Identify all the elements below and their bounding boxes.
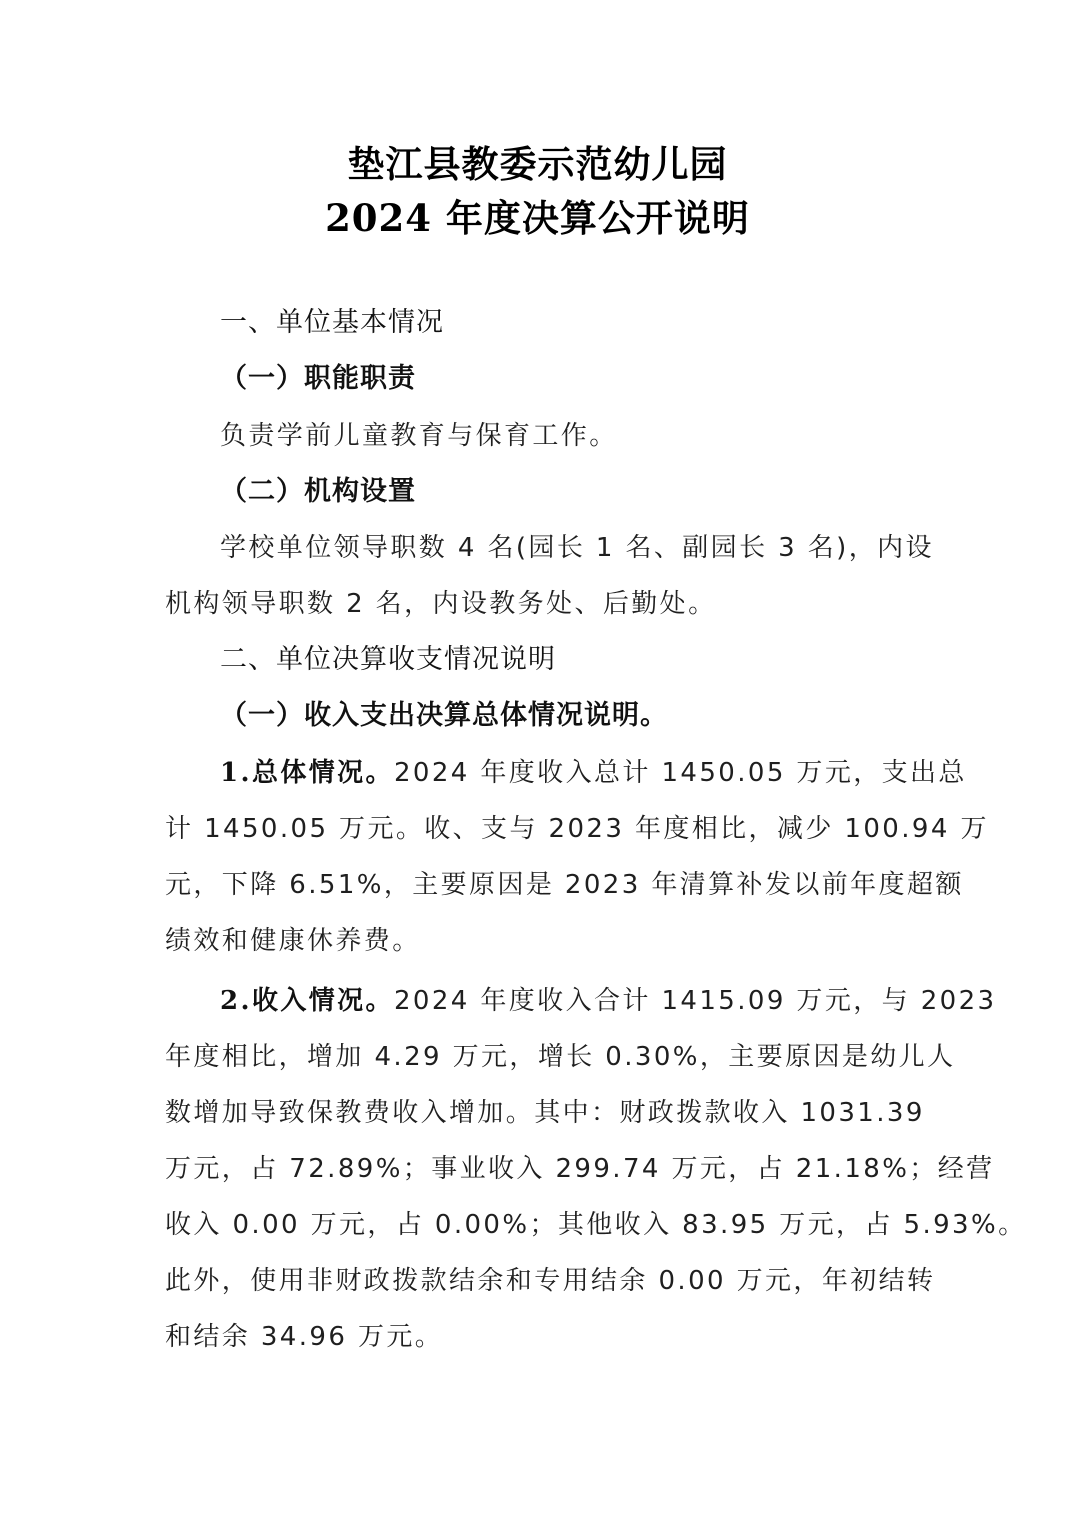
duties-text: 负责学前儿童教育与保育工作。 [220,419,970,453]
organization-text-line-1: 学校单位领导职数 4 名(园长 1 名、副园长 3 名)，内设 [220,531,970,565]
income-paragraph-line-5: 收入 0.00 万元，占 0.00%；其他收入 83.95 万元，占 5.93%… [165,1208,915,1242]
income-paragraph-line-7: 和结余 34.96 万元。 [165,1320,915,1354]
income-paragraph-line-3: 数增加导致保教费收入增加。其中：财政拨款收入 1031.39 [165,1096,915,1130]
section-heading-budget-explanation: 二、单位决算收支情况说明 [220,643,970,677]
subsection-heading-organization: （二）机构设置 [220,475,970,509]
subsection-heading-duties: （一）职能职责 [220,362,970,396]
income-paragraph-lead: 2.收入情况。 [220,986,394,1016]
overall-paragraph-lead: 1.总体情况。 [220,758,394,788]
overall-paragraph-line-1: 1.总体情况。2024 年度收入总计 1450.05 万元，支出总 [220,756,970,790]
organization-text-line-2: 机构领导职数 2 名，内设教务处、后勤处。 [165,587,915,621]
overall-paragraph-line-1-text: 2024 年度收入总计 1450.05 万元，支出总 [394,758,967,788]
income-paragraph-line-1-text: 2024 年度收入合计 1415.09 万元，与 2023 [394,986,997,1016]
overall-paragraph-line-2: 计 1450.05 万元。收、支与 2023 年度相比，减少 100.94 万 [165,812,915,846]
income-paragraph-line-2: 年度相比，增加 4.29 万元，增长 0.30%，主要原因是幼儿人 [165,1040,915,1074]
income-paragraph-line-4: 万元，占 72.89%；事业收入 299.74 万元，占 21.18%；经营 [165,1152,915,1186]
overall-paragraph-line-3: 元，下降 6.51%，主要原因是 2023 年清算补发以前年度超额 [165,868,915,902]
document-title-line-1: 垫江县教委示范幼儿园 [0,134,1075,188]
income-paragraph-line-1: 2.收入情况。2024 年度收入合计 1415.09 万元，与 2023 [220,984,970,1018]
document-page: 垫江县教委示范幼儿园 2024 年度决算公开说明 一、单位基本情况 （一）职能职… [0,0,1075,1520]
subsection-heading-overall: （一）收入支出决算总体情况说明。 [220,699,970,733]
document-title-line-2: 2024 年度决算公开说明 [0,188,1075,242]
section-heading-basic-info: 一、单位基本情况 [220,306,970,340]
overall-paragraph-line-4: 绩效和健康休养费。 [165,924,915,958]
income-paragraph-line-6: 此外，使用非财政拨款结余和专用结余 0.00 万元，年初结转 [165,1264,915,1298]
